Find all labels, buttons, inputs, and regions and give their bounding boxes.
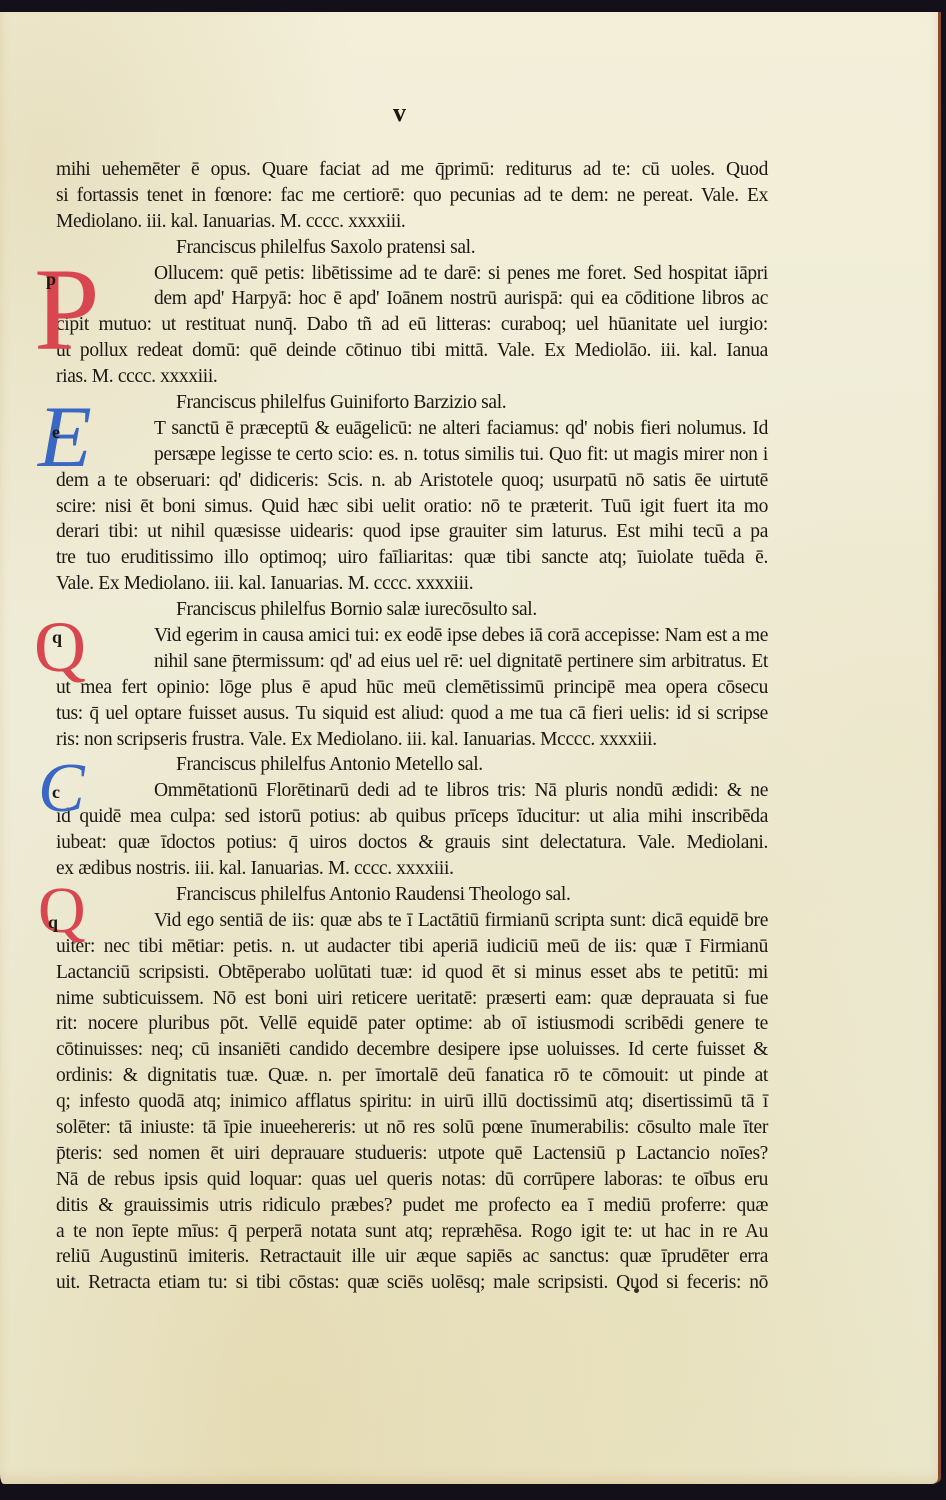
text-line: Lactanciū scripsisti. Obtēperabo uolūtat… — [56, 960, 768, 986]
text-line: uit. Retracta etiam tu: si tibi cōstas: … — [56, 1270, 768, 1296]
text-line: scire: nisi ēt boni simus. Quid hæc sibi… — [56, 494, 768, 520]
text-line: ex ædibus nostris. iii. kal. Ianuarias. … — [56, 856, 768, 882]
guide-letter: e — [52, 420, 60, 446]
text-line: Mediolano. iii. kal. Ianuarias. M. cccc.… — [56, 209, 768, 235]
letter-bornio: Franciscus philelfus Bornio salæ iurecōs… — [56, 597, 768, 752]
guide-letter: q — [48, 910, 58, 936]
text-line: rit: nocere pluribus pōt. Vellē equidē p… — [56, 1011, 768, 1037]
text-line: dem apd' Harpyā: hoc ē apd' Ioānem nostr… — [56, 286, 768, 312]
letter-metello: Franciscus philelfus Antonio Metello sal… — [56, 752, 768, 881]
letter-heading: Franciscus philelfus Antonio Raudensi Th… — [56, 882, 768, 908]
text-line: ut mea fert opinio: lōge plus ē apud hūc… — [56, 675, 768, 701]
guide-letter: q — [52, 625, 62, 651]
text-line: reliū Augustinū imiteris. Retractauit il… — [56, 1244, 768, 1270]
text-line: Vale. Ex Mediolano. iii. kal. Ianuarias.… — [56, 571, 768, 597]
text-line: ditis & grauissimis utris ridiculo præbe… — [56, 1193, 768, 1219]
manuscript-page: v mihi uehemēter ē opus. Quare faciat ad… — [0, 12, 941, 1484]
letter-heading: Franciscus philelfus Saxolo pratensi sal… — [56, 235, 768, 261]
text-line: nime subticuissem. Nō est boni uiri reti… — [56, 986, 768, 1012]
opening-paragraph: mihi uehemēter ē opus. Quare faciat ad m… — [56, 157, 768, 235]
text-line: Ollucem: quē petis: libētissime ad te da… — [56, 261, 768, 287]
text-line: uiter: nec tibi mētiar: petis. n. ut aud… — [56, 934, 768, 960]
letter-heading: Franciscus philelfus Bornio salæ iurecōs… — [56, 597, 768, 623]
folio-number: v — [393, 98, 406, 128]
text-line: id quidē mea culpa: sed istorū potius: a… — [56, 804, 768, 830]
text-line: iubeat: quæ īdoctos potius: q̄ uiros doc… — [56, 830, 768, 856]
letter-heading: Franciscus philelfus Antonio Metello sal… — [56, 752, 768, 778]
text-line: persæpe legisse te certo scio: es. n. to… — [56, 442, 768, 468]
text-line: solēter: tā iniuste: tā īpie inueehereri… — [56, 1115, 768, 1141]
guide-letter: c — [52, 780, 60, 806]
text-line: Vid egerim in causa amici tui: ex eodē i… — [56, 623, 768, 649]
text-line: dem a te obseruari: qd' didiceris: Scis.… — [56, 468, 768, 494]
text-line: si fortassis tenet in fœnore: fac me cer… — [56, 183, 768, 209]
text-line: tus: q̄ uel optare fuisset ausus. Tu siq… — [56, 701, 768, 727]
text-line: mihi uehemēter ē opus. Quare faciat ad m… — [56, 157, 768, 183]
text-line: T sanctū ē præceptū & euāgelicū: ne alte… — [56, 416, 768, 442]
text-line: Nā de rebus ipsis quid loquar: quas uel … — [56, 1167, 768, 1193]
letter-saxolo: Franciscus philelfus Saxolo pratensi sal… — [56, 235, 768, 390]
text-line: cōtinuisses: neq; cū insaniēti candido d… — [56, 1037, 768, 1063]
letter-raudensi: Franciscus philelfus Antonio Raudensi Th… — [56, 882, 768, 1296]
text-line: Vid ego sentiā de iis: quæ abs te ī Lact… — [56, 908, 768, 934]
guide-letter: p — [46, 267, 56, 293]
text-line: cipit mutuo: ut restituat nunq̄. Dabo tñ… — [56, 312, 768, 338]
text-line: a te non īepte mīus: q̄ perperā notata s… — [56, 1219, 768, 1245]
text-line: derari tibi: ut nihil quæsisse uidearis:… — [56, 519, 768, 545]
text-line: ris: non scripseris frustra. Vale. Ex Me… — [56, 727, 768, 753]
text-line: tre tuo eruditissimo illo optimoq; uiro … — [56, 545, 768, 571]
text-line: ordinis: & dignitatis tuæ. Quæ. n. per ī… — [56, 1063, 768, 1089]
text-line: q; infesto quodā atq; inimico afflatus s… — [56, 1089, 768, 1115]
text-line: Ommētationū Florētinarū dedi ad te libro… — [56, 778, 768, 804]
text-line: p̄teris: sed nomen ēt uiri deprauare stu… — [56, 1141, 768, 1167]
text-line: ut pollux redeat domū: quē deinde cōtinu… — [56, 338, 768, 364]
text-line: rias. M. cccc. xxxxiii. — [56, 364, 768, 390]
letter-heading: Franciscus philelfus Guiniforto Barzizio… — [56, 390, 768, 416]
text-block: mihi uehemēter ē opus. Quare faciat ad m… — [56, 157, 768, 1296]
letter-barzizio: Franciscus philelfus Guiniforto Barzizio… — [56, 390, 768, 597]
ink-spot — [634, 1288, 639, 1293]
text-line: nihil sane p̄termissum: qd' ad eius uel … — [56, 649, 768, 675]
